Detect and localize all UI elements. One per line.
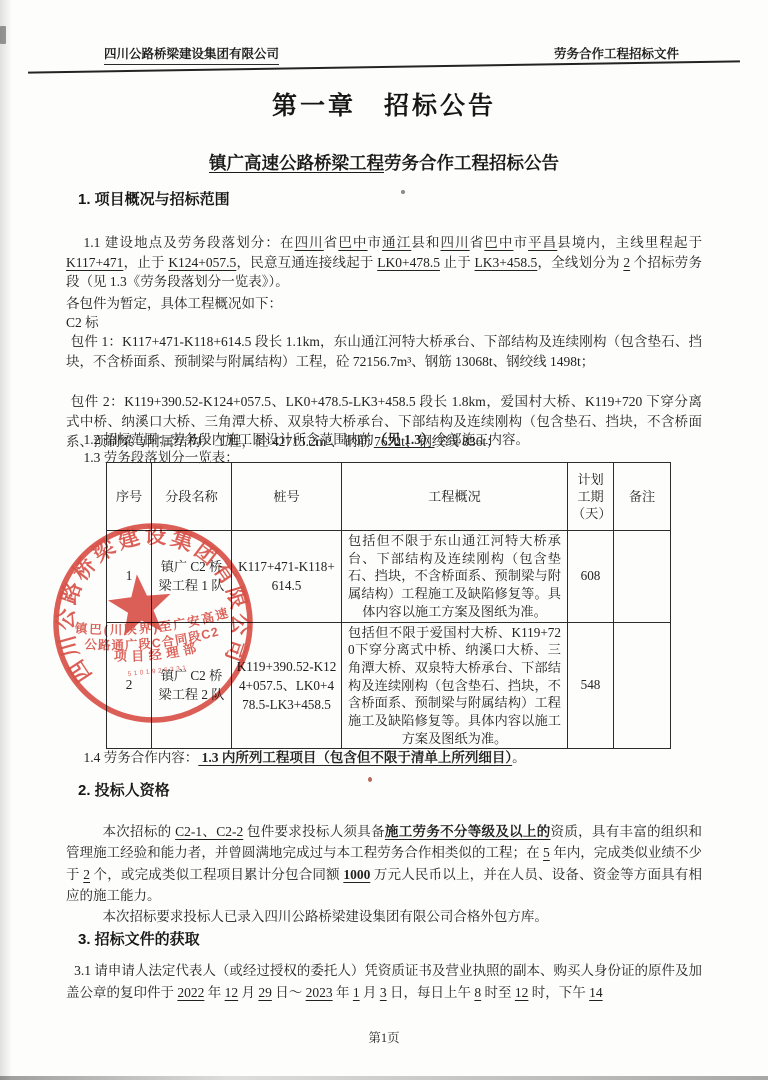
cell-duration: 548 — [568, 622, 614, 749]
cell-name: 镇广 C2 桥梁工程 1 队 — [152, 531, 232, 623]
col-header-stake: 桩号 — [232, 463, 342, 531]
cell-name: 镇广 C2 桥梁工程 2 队 — [152, 622, 232, 749]
segment-division-table: 序号 分段名称 桩号 工程概况 计划工期（天） 备注 1 镇广 C2 桥梁工程 … — [106, 462, 671, 749]
bidder-qualification-paragraph: 本次招标的 C2-1、C2-2 包件要求投标人须具备施工劳务不分等级及以上的资质… — [66, 821, 702, 906]
document-page: 四川公路桥梁建设集团有限公司 劳务合作工程招标文件 第一章 招标公告 镇广高速公… — [0, 0, 768, 1080]
col-header-duration: 计划工期（天） — [568, 463, 614, 531]
table-row: 1 镇广 C2 桥梁工程 1 队 K117+471-K118+614.5 包括但… — [107, 531, 671, 623]
clause-3-1: 3.1 请申请人法定代表人（或经过授权的委托人）凭资质证书及营业执照的副本、购买… — [66, 960, 702, 1004]
col-header-name: 分段名称 — [152, 463, 232, 531]
cell-no: 2 — [107, 622, 152, 749]
scan-mark — [0, 26, 6, 44]
cell-desc: 包括但不限于东山通江河特大桥承台、下部结构及连续刚构（包含垫石、挡块，不含桥面系… — [342, 531, 568, 623]
section-3-heading: 3. 招标文件的获取 — [66, 928, 718, 949]
clause-1-1-note: 各包件为暂定，具体工程概况如下： — [66, 294, 702, 314]
cell-stake: K117+471-K118+614.5 — [232, 531, 342, 623]
section-1-heading: 1. 项目概况与招标范围 — [66, 188, 718, 209]
section-2-heading: 2. 投标人资格 — [66, 779, 718, 800]
header-doc-type: 劳务合作工程招标文件 — [554, 44, 679, 62]
cell-remark — [614, 622, 671, 749]
clause-1-4: 1.4 劳务合作内容： 1.3 内所列工程项目（包含但不限于清单上所列细目）。 — [66, 748, 702, 768]
col-header-desc: 工程概况 — [342, 463, 568, 531]
clause-1-1: 1.1 建设地点及劳务段落划分：在四川省巴中市通江县和四川省巴中市平昌县境内，主… — [66, 233, 702, 292]
bidder-database-paragraph: 本次招标要求投标人已录入四川公路桥梁建设集团有限公司合格外包方库。 — [66, 906, 702, 927]
cell-remark — [614, 531, 671, 623]
chapter-title: 第一章 招标公告 — [0, 86, 768, 122]
cell-no: 1 — [107, 531, 152, 623]
announcement-title: 镇广高速公路桥梁工程劳务合作工程招标公告 — [0, 150, 768, 175]
table-header-row: 序号 分段名称 桩号 工程概况 计划工期（天） 备注 — [107, 463, 671, 531]
col-header-remark: 备注 — [614, 463, 671, 531]
cell-stake: K119+390.52-K124+057.5、LK0+478.5-LK3+458… — [232, 622, 342, 749]
c2-label: C2 标 — [66, 313, 702, 333]
scan-edge-bottom — [0, 1076, 768, 1080]
clause-1-2: 1.2 招标范围：劳务段内施工图设计所含范围内的（见 1.3）全部施工内容。 — [66, 430, 702, 450]
header-company: 四川公路桥梁建设集团有限公司 — [104, 44, 279, 65]
col-header-no: 序号 — [107, 463, 152, 531]
cell-duration: 608 — [568, 531, 614, 623]
table-row: 2 镇广 C2 桥梁工程 2 队 K119+390.52-K124+057.5、… — [107, 622, 671, 749]
cell-desc: 包括但不限于爱国村大桥、K119+720下穿分离式中桥、纳溪口大桥、三角潭大桥、… — [342, 622, 568, 749]
page-number: 第1页 — [0, 1028, 768, 1046]
package-1: 包件 1：K117+471-K118+614.5 段长 1.1km，东山通江河特… — [66, 332, 702, 372]
